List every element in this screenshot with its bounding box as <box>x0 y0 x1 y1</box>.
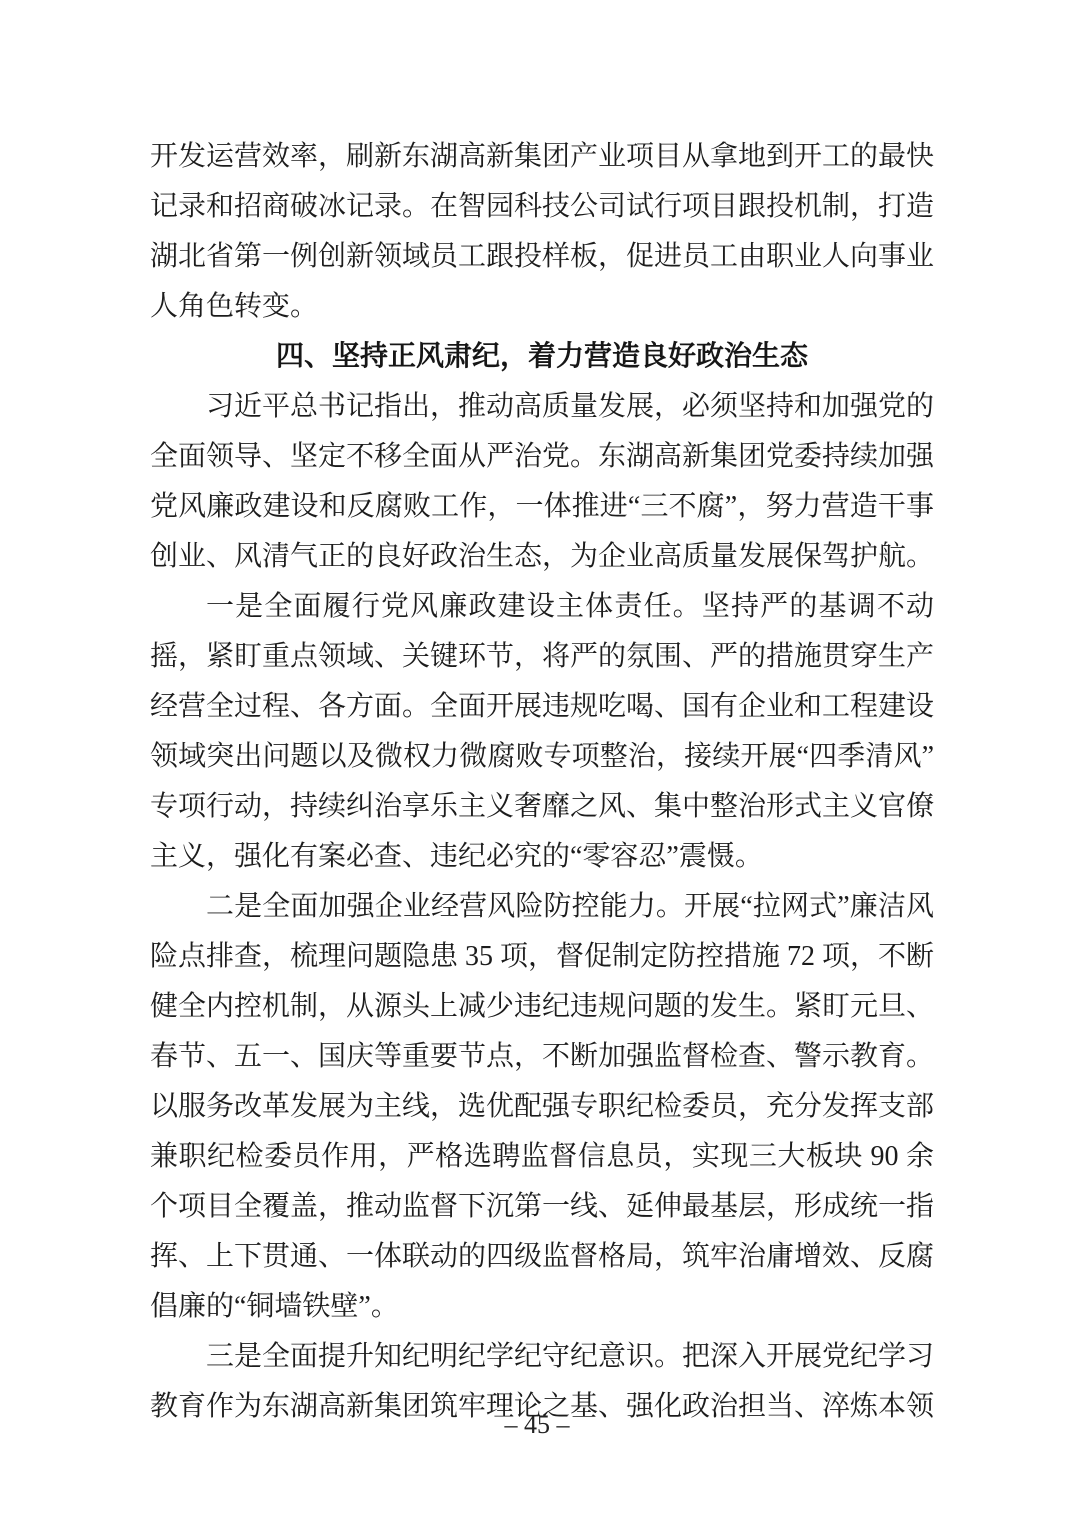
page-number: – 45 – <box>0 1408 1074 1442</box>
paragraph-point-2: 二是全面加强企业经营风险防控能力。开展“拉网式”廉洁风险点排查，梳理问题隐患 3… <box>150 882 934 1332</box>
paragraph-continuation: 开发运营效率，刷新东湖高新集团产业项目从拿地到开工的最快记录和招商破冰记录。在智… <box>150 132 934 332</box>
document-body: 开发运营效率，刷新东湖高新集团产业项目从拿地到开工的最快记录和招商破冰记录。在智… <box>150 132 934 1432</box>
paragraph-intro: 习近平总书记指出，推动高质量发展，必须坚持和加强党的全面领导、坚定不移全面从严治… <box>150 382 934 582</box>
section-heading: 四、坚持正风肃纪，着力营造良好政治生态 <box>150 332 934 382</box>
document-page: 开发运营效率，刷新东湖高新集团产业项目从拿地到开工的最快记录和招商破冰记录。在智… <box>0 0 1074 1520</box>
paragraph-point-1: 一是全面履行党风廉政建设主体责任。坚持严的基调不动摇，紧盯重点领域、关键环节，将… <box>150 582 934 882</box>
